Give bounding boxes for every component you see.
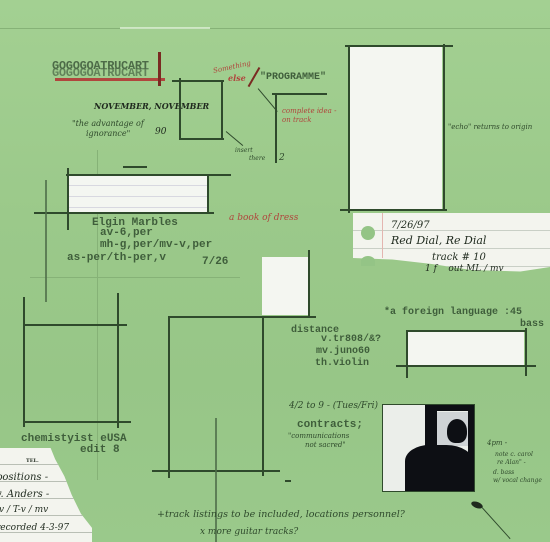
frame-line <box>67 168 69 230</box>
frame-line <box>396 365 536 367</box>
paper-crease <box>0 28 550 29</box>
left-card-line-3: -v / T-v / mv <box>0 506 48 516</box>
frame-line <box>345 45 453 47</box>
frame-line <box>272 93 327 95</box>
book-of-dress-note: a book of dress <box>229 214 298 224</box>
foreign-language-label: *a foreign language :45 <box>384 308 522 318</box>
paper-crease <box>30 277 240 278</box>
complete-idea-note-2: on track <box>282 117 311 125</box>
complete-idea-note-1: complete idea - <box>282 108 336 116</box>
red-vertical-mark <box>158 52 161 86</box>
tr808-label: v.tr808/&? <box>321 335 381 345</box>
elgin-line-2: av-6,per <box>100 228 153 239</box>
right-note-3: re Alan" - <box>497 460 526 467</box>
silhouette-body <box>405 445 474 491</box>
frame-line <box>23 297 25 427</box>
left-card-line-1: positions - <box>0 472 48 483</box>
left-card-line-4: recorded 4-3-97 <box>0 524 69 534</box>
time-note: 4/2 to 9 - (Tues/Fri) <box>289 402 378 412</box>
note-line-3: 1 f out ML / mv <box>425 265 504 275</box>
margin-line <box>382 213 383 258</box>
frame-line <box>168 316 170 478</box>
right-note-1: 4pm - <box>487 440 507 448</box>
more-guitar-note: x more guitar tracks? <box>200 528 298 538</box>
contracts-label: contracts; <box>297 420 363 431</box>
advantage-note-line1: "the advantage of <box>72 120 144 129</box>
advantage-note-line2: ignorance" <box>86 130 130 139</box>
frame-line <box>221 80 223 140</box>
photo-window-frame <box>425 405 474 411</box>
programme-label: "PROGRAMME" <box>260 73 326 83</box>
track-listings-note: +track listings to be included, location… <box>157 510 405 520</box>
red-underline <box>55 78 165 81</box>
communications-note-1: "communications <box>288 433 349 441</box>
frame-line <box>348 45 350 213</box>
frame-line <box>207 174 209 214</box>
frame-line <box>406 330 408 378</box>
frame-line <box>45 180 47 302</box>
frame-line <box>525 328 527 376</box>
frame-line <box>23 421 131 423</box>
small-white-square <box>262 257 309 315</box>
lined-panel <box>68 175 207 212</box>
frame-line <box>117 293 119 428</box>
dash-mark <box>123 166 147 168</box>
november-note: NOVEMBER, NOVEMBER <box>94 102 209 111</box>
hole-punch <box>361 226 375 240</box>
frame-line <box>179 138 224 140</box>
echo-note: "echo" returns to origin <box>448 124 532 132</box>
dash-mark <box>285 480 291 482</box>
frame-line <box>443 44 445 210</box>
violin-label: th.violin <box>315 359 369 369</box>
right-note-5: w/ vocal change <box>493 478 542 485</box>
frame-line <box>275 93 277 163</box>
left-card-header: TEL. <box>26 459 39 465</box>
communications-note-2: not sacred" <box>305 442 346 450</box>
advantage-number: 90 <box>155 128 166 138</box>
silhouette-photo <box>382 404 475 492</box>
pointer-line <box>226 131 244 146</box>
paper-highlight <box>120 27 210 29</box>
silhouette-head <box>447 419 467 443</box>
frame-line <box>215 418 217 542</box>
frame-line <box>34 212 214 214</box>
note-line-2: track # 10 <box>432 252 486 263</box>
edit-label: edit 8 <box>80 445 120 456</box>
frame-line <box>340 209 447 211</box>
elgin-line-4: as-per/th-per,v <box>67 253 166 264</box>
elgin-date: 7/26 <box>202 257 228 268</box>
bass-label: bass <box>520 320 544 330</box>
red-slash <box>248 67 261 87</box>
insert-note-1: insert <box>235 148 253 155</box>
ink-arrow-line <box>482 507 511 539</box>
juno60-label: mv.juno60 <box>316 347 370 357</box>
note-line-1: Red Dial, Re Dial <box>391 235 486 247</box>
frame-line <box>262 316 264 476</box>
white-panel-right <box>408 331 524 365</box>
right-note-4: d. bass <box>493 470 514 477</box>
frame-line <box>406 330 526 332</box>
album-artwork: GOGOGOATRUCART GOGOGOATRUCART NOVEMBER, … <box>0 0 550 542</box>
insert-note-2: there <box>249 156 265 163</box>
frame-line <box>168 316 316 318</box>
hole-punch <box>361 256 375 266</box>
frame-line <box>179 78 181 140</box>
something-note-2: else <box>228 74 246 83</box>
frame-line <box>23 324 127 326</box>
frame-line <box>308 250 310 316</box>
right-note-2: note c. carol <box>495 452 533 459</box>
white-panel <box>349 47 442 209</box>
left-card-line-2: v. Anders - <box>0 489 49 500</box>
insert-number: 2 <box>279 154 285 164</box>
elgin-line-3: mh-g,per/mv-v,per <box>100 240 212 251</box>
note-date: 7/26/97 <box>391 220 430 231</box>
